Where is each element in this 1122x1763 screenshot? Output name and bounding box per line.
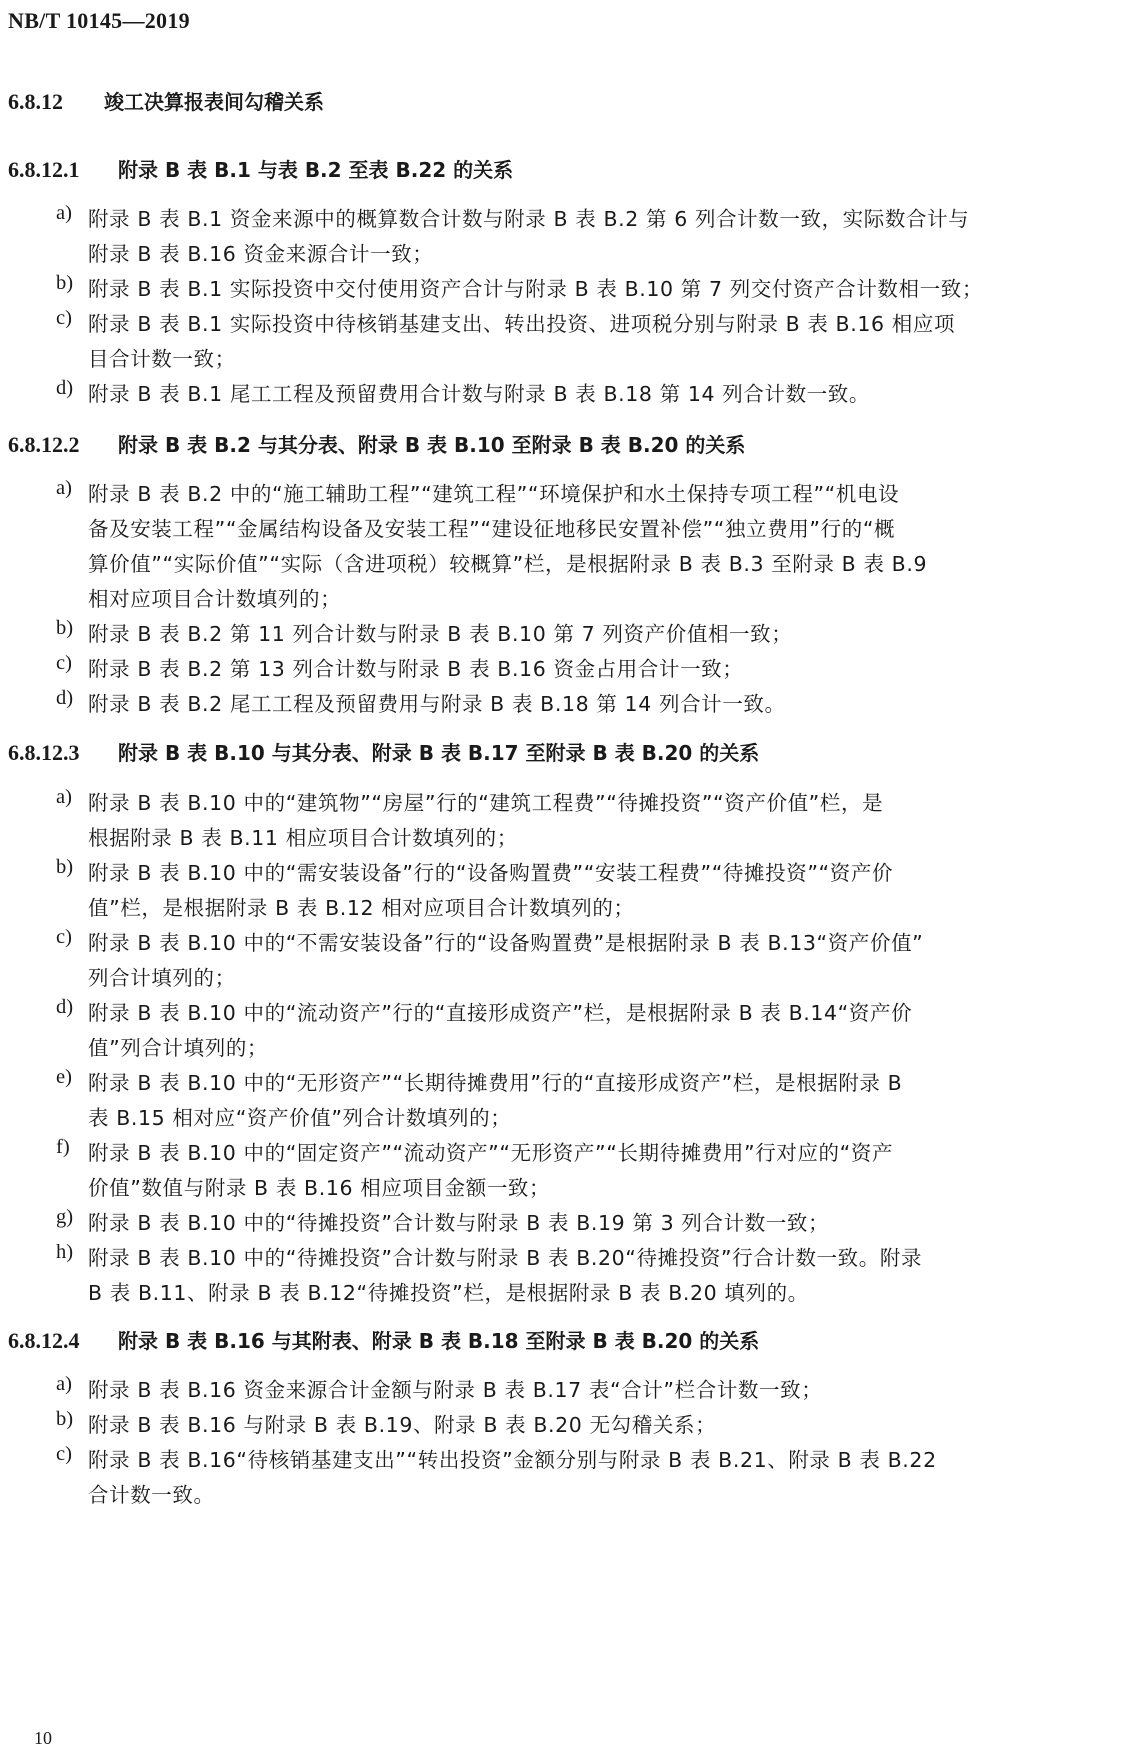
item-label: a) xyxy=(56,786,72,809)
item-text: 附录 B 表 B.10 中的“待摊投资”合计数与附录 B 表 B.19 第 3 … xyxy=(88,1206,829,1236)
item-label: c) xyxy=(56,926,72,949)
item-text: 附录 B 表 B.2 中的“施工辅助工程”“建筑工程”“环境保护和水土保持专项工… xyxy=(88,477,899,507)
item-label: e) xyxy=(56,1066,72,1089)
subsection-title: 附录 B 表 B.1 与表 B.2 至表 B.22 的关系 xyxy=(118,158,513,182)
item-label: a) xyxy=(56,1373,72,1396)
item-text: 列合计填列的； xyxy=(88,961,236,991)
standard-code-header: NB/T 10145—2019 xyxy=(8,8,190,34)
item-text: 附录 B 表 B.16“待核销基建支出”“转出投资”金额分别与附录 B 表 B.… xyxy=(88,1443,937,1473)
item-text: 附录 B 表 B.10 中的“不需安装设备”行的“设备购置费”是根据附录 B 表… xyxy=(88,926,923,956)
item-label: d) xyxy=(56,996,73,1019)
subsection-title: 附录 B 表 B.16 与其附表、附录 B 表 B.18 至附录 B 表 B.2… xyxy=(118,1329,759,1353)
item-text: 根据附录 B 表 B.11 相应项目合计数填列的； xyxy=(88,821,518,851)
item-label: a) xyxy=(56,477,72,500)
item-text: 目合计数一致； xyxy=(88,342,236,372)
item-text: 表 B.15 相对应“资产价值”列合计数填列的； xyxy=(88,1101,511,1131)
section-heading: 6.8.12竣工决算报表间勾稽关系 xyxy=(8,86,324,115)
subsection-number: 6.8.12.1 xyxy=(8,157,118,183)
item-text: 附录 B 表 B.10 中的“建筑物”“房屋”行的“建筑工程费”“待摊投资”“资… xyxy=(88,786,883,816)
subsection-number: 6.8.12.2 xyxy=(8,432,118,458)
item-text: 附录 B 表 B.16 与附录 B 表 B.19、附录 B 表 B.20 无勾稽… xyxy=(88,1408,716,1438)
subsection-number: 6.8.12.3 xyxy=(8,740,118,766)
item-text: 附录 B 表 B.10 中的“待摊投资”合计数与附录 B 表 B.20“待摊投资… xyxy=(88,1241,922,1271)
item-text: 附录 B 表 B.16 资金来源合计一致； xyxy=(88,237,433,267)
item-text: 附录 B 表 B.1 尾工工程及预留费用合计数与附录 B 表 B.18 第 14… xyxy=(88,377,870,407)
item-label: b) xyxy=(56,272,73,295)
item-text: 附录 B 表 B.16 资金来源合计金额与附录 B 表 B.17 表“合计”栏合… xyxy=(88,1373,822,1403)
item-label: b) xyxy=(56,856,73,879)
item-text: B 表 B.11、附录 B 表 B.12“待摊投资”栏，是根据附录 B 表 B.… xyxy=(88,1276,809,1306)
item-label: c) xyxy=(56,307,72,330)
subsection-title: 附录 B 表 B.10 与其分表、附录 B 表 B.17 至附录 B 表 B.2… xyxy=(118,741,759,765)
subsection-heading: 6.8.12.2附录 B 表 B.2 与其分表、附录 B 表 B.10 至附录 … xyxy=(8,429,745,458)
item-text: 附录 B 表 B.1 实际投资中交付使用资产合计与附录 B 表 B.10 第 7… xyxy=(88,272,983,302)
item-label: h) xyxy=(56,1241,73,1264)
item-text: 附录 B 表 B.2 尾工工程及预留费用与附录 B 表 B.18 第 14 列合… xyxy=(88,687,786,717)
item-text: 附录 B 表 B.10 中的“流动资产”行的“直接形成资产”栏，是根据附录 B … xyxy=(88,996,912,1026)
item-text: 价值”数值与附录 B 表 B.16 相应项目金额一致； xyxy=(88,1171,550,1201)
subsection-heading: 6.8.12.4附录 B 表 B.16 与其附表、附录 B 表 B.18 至附录… xyxy=(8,1325,759,1354)
item-text: 附录 B 表 B.10 中的“固定资产”“流动资产”“无形资产”“长期待摊费用”… xyxy=(88,1136,893,1166)
item-text: 附录 B 表 B.10 中的“无形资产”“长期待摊费用”行的“直接形成资产”栏，… xyxy=(88,1066,902,1096)
item-text: 附录 B 表 B.10 中的“需安装设备”行的“设备购置费”“安装工程费”“待摊… xyxy=(88,856,893,886)
item-text: 备及安装工程”“金属结构设备及安装工程”“建设征地移民安置补偿”“独立费用”行的… xyxy=(88,512,895,542)
item-label: d) xyxy=(56,377,73,400)
section-title: 竣工决算报表间勾稽关系 xyxy=(104,90,324,114)
item-label: g) xyxy=(56,1206,73,1229)
item-label: c) xyxy=(56,1443,72,1466)
item-text: 附录 B 表 B.2 第 13 列合计数与附录 B 表 B.16 资金占用合计一… xyxy=(88,652,743,682)
item-text: 算价值”“实际价值”“实际（含进项税）较概算”栏，是根据附录 B 表 B.3 至… xyxy=(88,547,927,577)
item-text: 附录 B 表 B.1 资金来源中的概算数合计数与附录 B 表 B.2 第 6 列… xyxy=(88,202,969,232)
item-text: 相对应项目合计数填列的； xyxy=(88,582,341,612)
subsection-number: 6.8.12.4 xyxy=(8,1328,118,1354)
page-number: 10 xyxy=(34,1728,52,1749)
item-text: 值”列合计填列的； xyxy=(88,1031,268,1061)
subsection-heading: 6.8.12.1附录 B 表 B.1 与表 B.2 至表 B.22 的关系 xyxy=(8,154,513,183)
item-text: 值”栏，是根据附录 B 表 B.12 相对应项目合计数填列的； xyxy=(88,891,635,921)
item-label: b) xyxy=(56,617,73,640)
subsection-heading: 6.8.12.3附录 B 表 B.10 与其分表、附录 B 表 B.17 至附录… xyxy=(8,737,759,766)
item-label: c) xyxy=(56,652,72,675)
item-label: d) xyxy=(56,687,73,710)
item-label: f) xyxy=(56,1136,70,1159)
item-text: 附录 B 表 B.2 第 11 列合计数与附录 B 表 B.10 第 7 列资产… xyxy=(88,617,792,647)
section-number: 6.8.12 xyxy=(8,89,104,115)
subsection-title: 附录 B 表 B.2 与其分表、附录 B 表 B.10 至附录 B 表 B.20… xyxy=(118,433,745,457)
item-text: 合计数一致。 xyxy=(88,1478,215,1508)
item-text: 附录 B 表 B.1 实际投资中待核销基建支出、转出投资、进项税分别与附录 B … xyxy=(88,307,955,337)
item-label: b) xyxy=(56,1408,73,1431)
item-label: a) xyxy=(56,202,72,225)
